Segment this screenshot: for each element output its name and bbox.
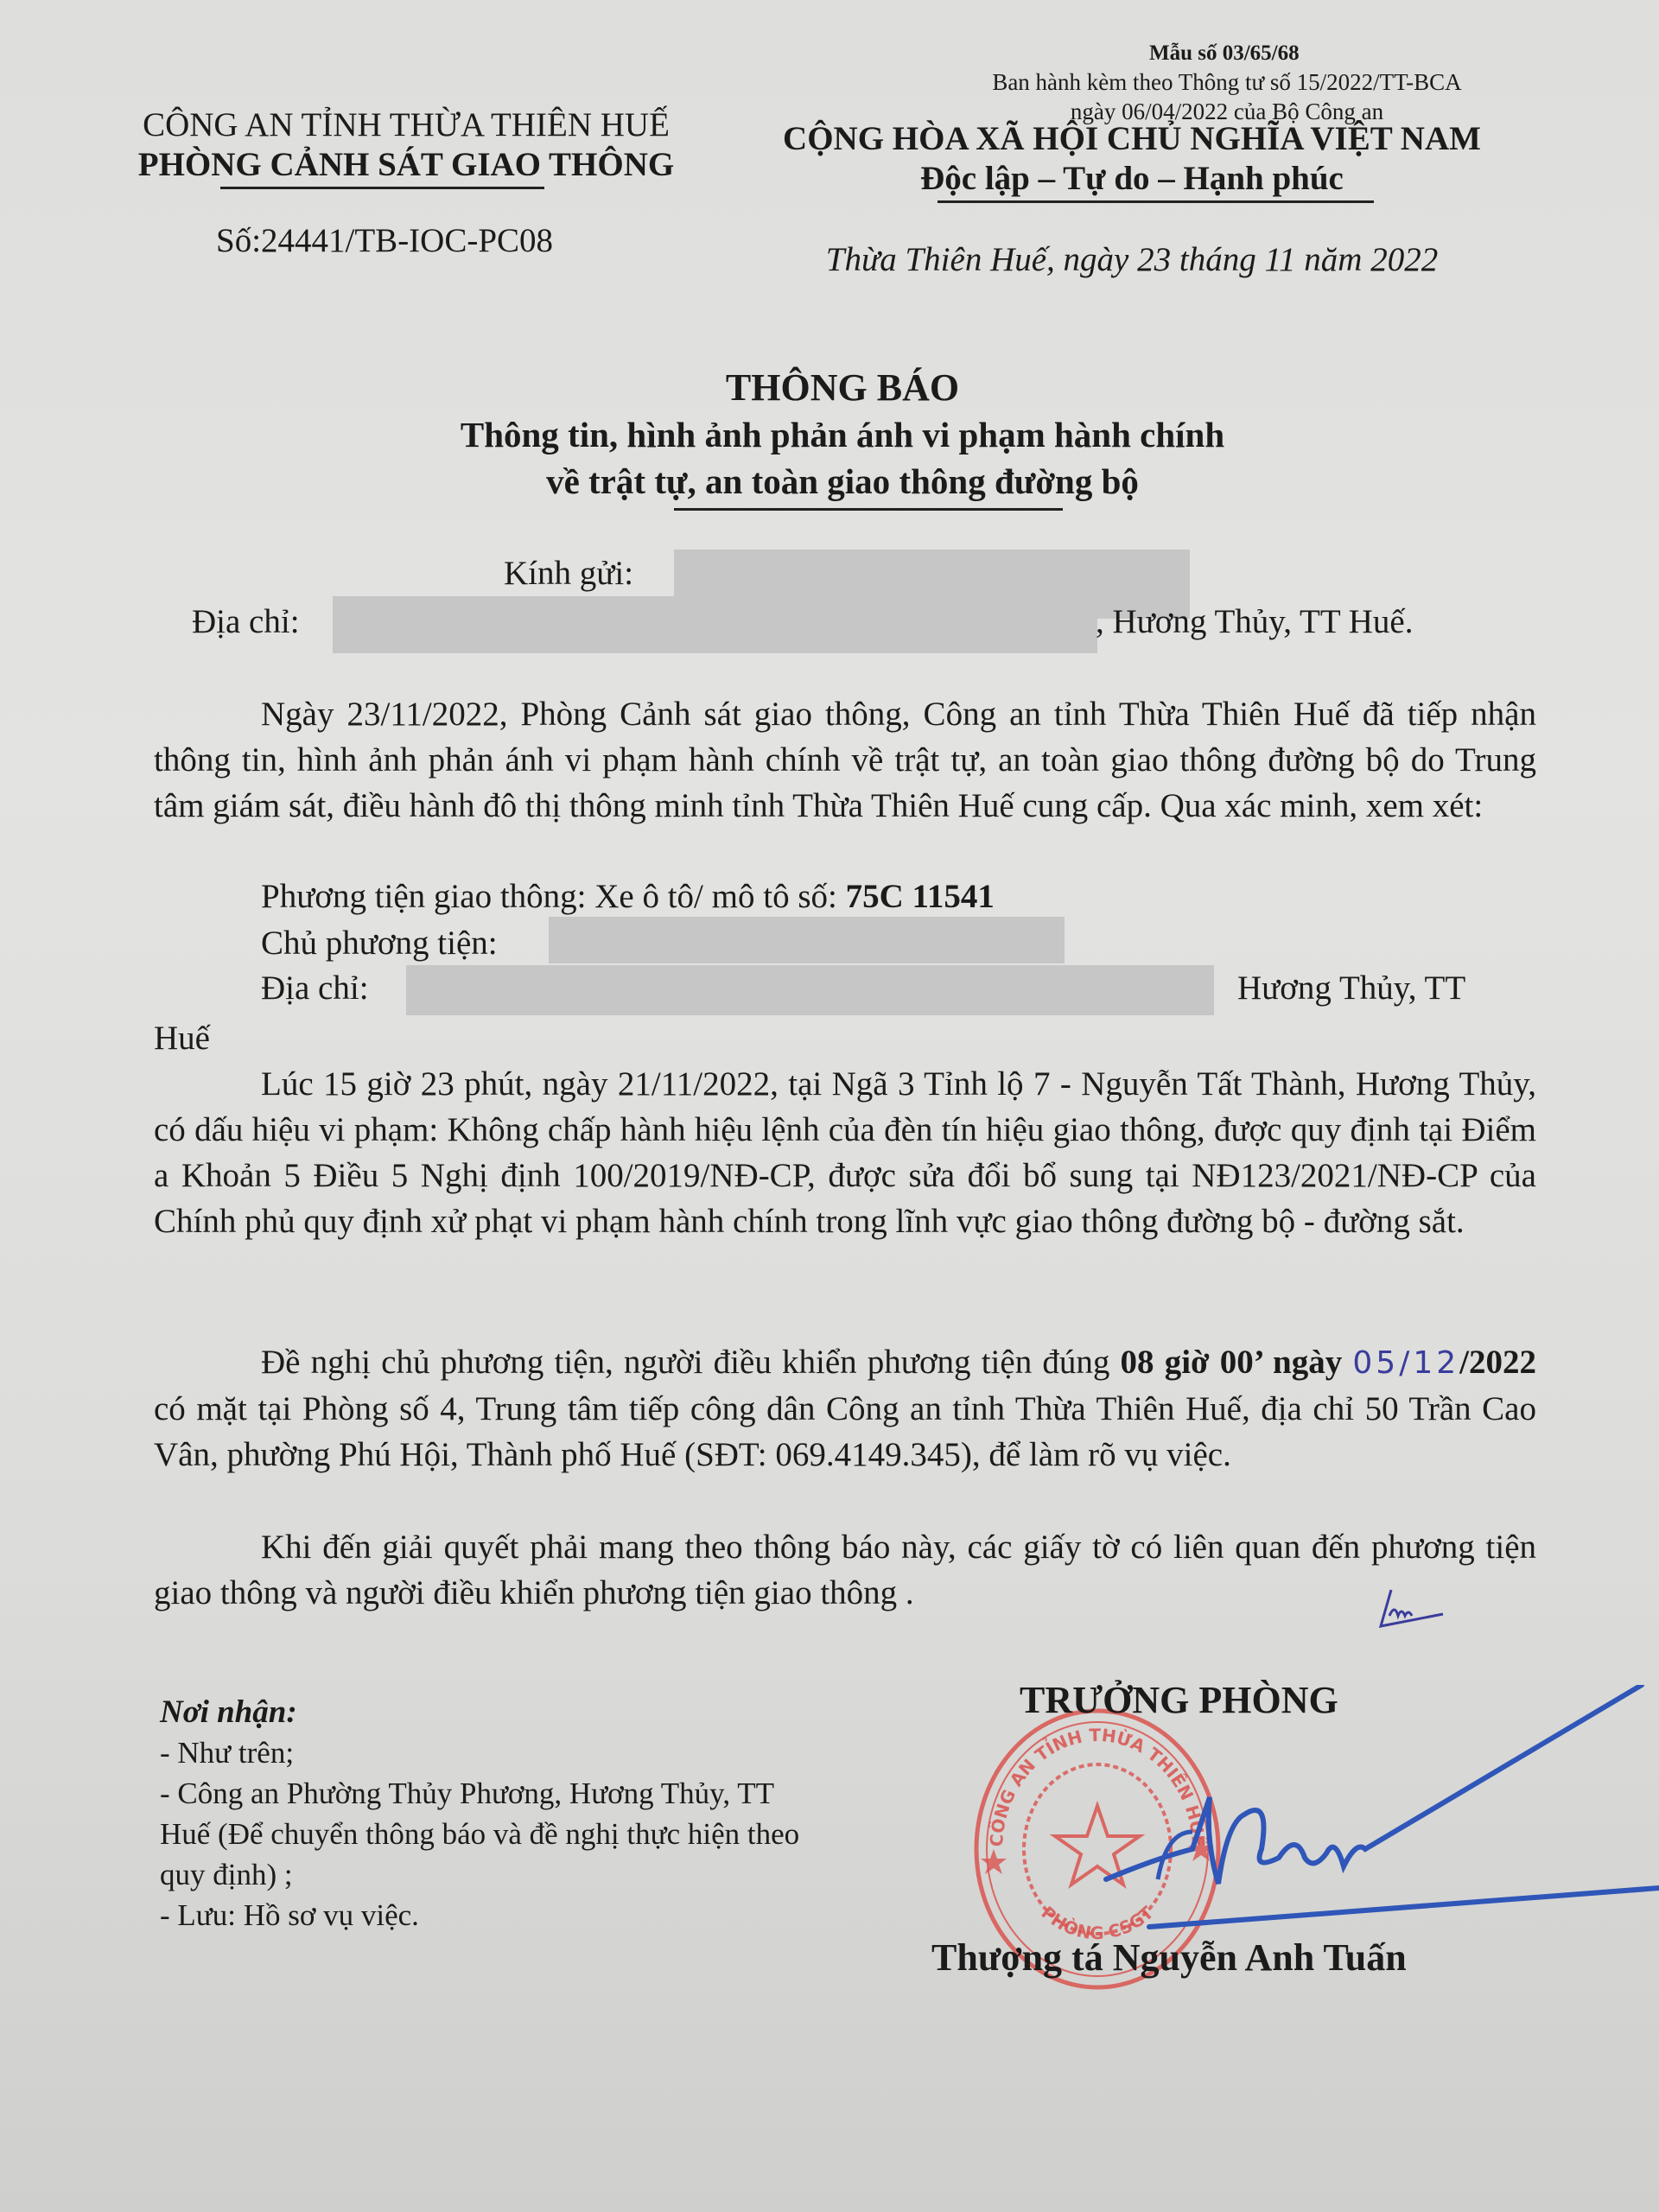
document-title: THÔNG BÁO Thông tin, hình ảnh phản ánh v… xyxy=(389,365,1296,505)
address-suffix: , Hương Thủy, TT Huế. xyxy=(1096,600,1413,645)
title-sub1: Thông tin, hình ảnh phản ánh vi phạm hàn… xyxy=(389,411,1296,458)
recipients-block: Nơi nhận: - Như trên; - Công an Phường T… xyxy=(160,1692,817,1935)
owner-address-suffix: Hương Thủy, TT xyxy=(1237,966,1465,1011)
recipient-item: - Lưu: Hồ sơ vụ việc. xyxy=(160,1895,817,1935)
agency-name: PHÒNG CẢNH SÁT GIAO THÔNG xyxy=(95,145,717,185)
national-header: CỘNG HÒA XÃ HỘI CHỦ NGHĨA VIỆT NAM Độc l… xyxy=(743,119,1521,199)
vehicle-line: Phương tiện giao thông: Xe ô tô/ mô tô s… xyxy=(261,874,995,919)
national-motto: Độc lập – Tự do – Hạnh phúc xyxy=(743,159,1521,199)
recipient-item: - Như trên; xyxy=(160,1732,817,1773)
title-main: THÔNG BÁO xyxy=(389,365,1296,411)
summons-time: 08 giờ 00’ ngày xyxy=(1121,1344,1343,1381)
place-date: Thừa Thiên Huế, ngày 23 tháng 11 năm 202… xyxy=(743,240,1521,279)
vehicle-plate: 75C 11541 xyxy=(846,878,995,915)
vehicle-label: Phương tiện giao thông: Xe ô tô/ mô tô s… xyxy=(261,878,846,915)
form-code: Mẫu số 03/65/68 xyxy=(1149,41,1300,66)
owner-redacted xyxy=(549,917,1065,963)
owner-label: Chủ phương tiện: xyxy=(261,921,498,966)
handwritten-date: 05/12 xyxy=(1352,1345,1459,1381)
recipients-heading: Nơi nhận: xyxy=(160,1692,817,1732)
address-label: Địa chỉ: xyxy=(192,600,300,645)
address-redacted xyxy=(333,596,1097,653)
form-issued-line1: Ban hành kèm theo Thông tư số 15/2022/TT… xyxy=(933,67,1521,97)
title-underline xyxy=(674,508,1063,511)
owner-address-suffix2: Huế xyxy=(154,1016,210,1061)
form-issued-note: Ban hành kèm theo Thông tư số 15/2022/TT… xyxy=(933,67,1521,126)
nation-name: CỘNG HÒA XÃ HỘI CHỦ NGHĨA VIỆT NAM xyxy=(743,119,1521,159)
document-page: Mẫu số 03/65/68 Ban hành kèm theo Thông … xyxy=(0,0,1659,2212)
paragraph-reception: Ngày 23/11/2022, Phòng Cảnh sát giao thô… xyxy=(154,691,1536,829)
agency-underline xyxy=(220,187,544,189)
owner-address-redacted xyxy=(406,965,1214,1015)
addressee-label: Kính gửi: xyxy=(504,551,633,596)
motto-underline xyxy=(938,200,1374,203)
paragraph-violation: Lúc 15 giờ 23 phút, ngày 21/11/2022, tại… xyxy=(154,1061,1536,1244)
summons-year: /2022 xyxy=(1459,1344,1536,1381)
summons-post: có mặt tại Phòng số 4, Trung tâm tiếp cô… xyxy=(154,1390,1536,1473)
summons-pre: Đề nghị chủ phương tiện, người điều khiể… xyxy=(261,1344,1121,1381)
title-sub2: về trật tự, an toàn giao thông đường bộ xyxy=(389,458,1296,505)
paragraph-violation-text: Lúc 15 giờ 23 phút, ngày 21/11/2022, tại… xyxy=(154,1065,1536,1240)
signature-icon xyxy=(1037,1685,1659,1944)
issuing-agency: CÔNG AN TỈNH THỪA THIÊN HUẾ PHÒNG CẢNH S… xyxy=(95,105,717,185)
paragraph-documents-text: Khi đến giải quyết phải mang theo thông … xyxy=(154,1529,1536,1611)
agency-parent: CÔNG AN TỈNH THỪA THIÊN HUẾ xyxy=(95,105,717,145)
owner-address-label: Địa chỉ: xyxy=(261,966,369,1011)
recipient-item: - Công an Phường Thủy Phương, Hương Thủy… xyxy=(160,1773,817,1895)
paragraph-documents: Khi đến giải quyết phải mang theo thông … xyxy=(154,1524,1536,1616)
handwritten-initial-icon xyxy=(1374,1581,1452,1633)
paragraph-summons: Đề nghị chủ phương tiện, người điều khiể… xyxy=(154,1339,1536,1478)
document-number: Số:24441/TB-IOC-PC08 xyxy=(216,221,553,260)
signatory-name: Thượng tá Nguyễn Anh Tuấn xyxy=(931,1935,1407,1980)
paragraph-reception-text: Ngày 23/11/2022, Phòng Cảnh sát giao thô… xyxy=(154,696,1536,824)
